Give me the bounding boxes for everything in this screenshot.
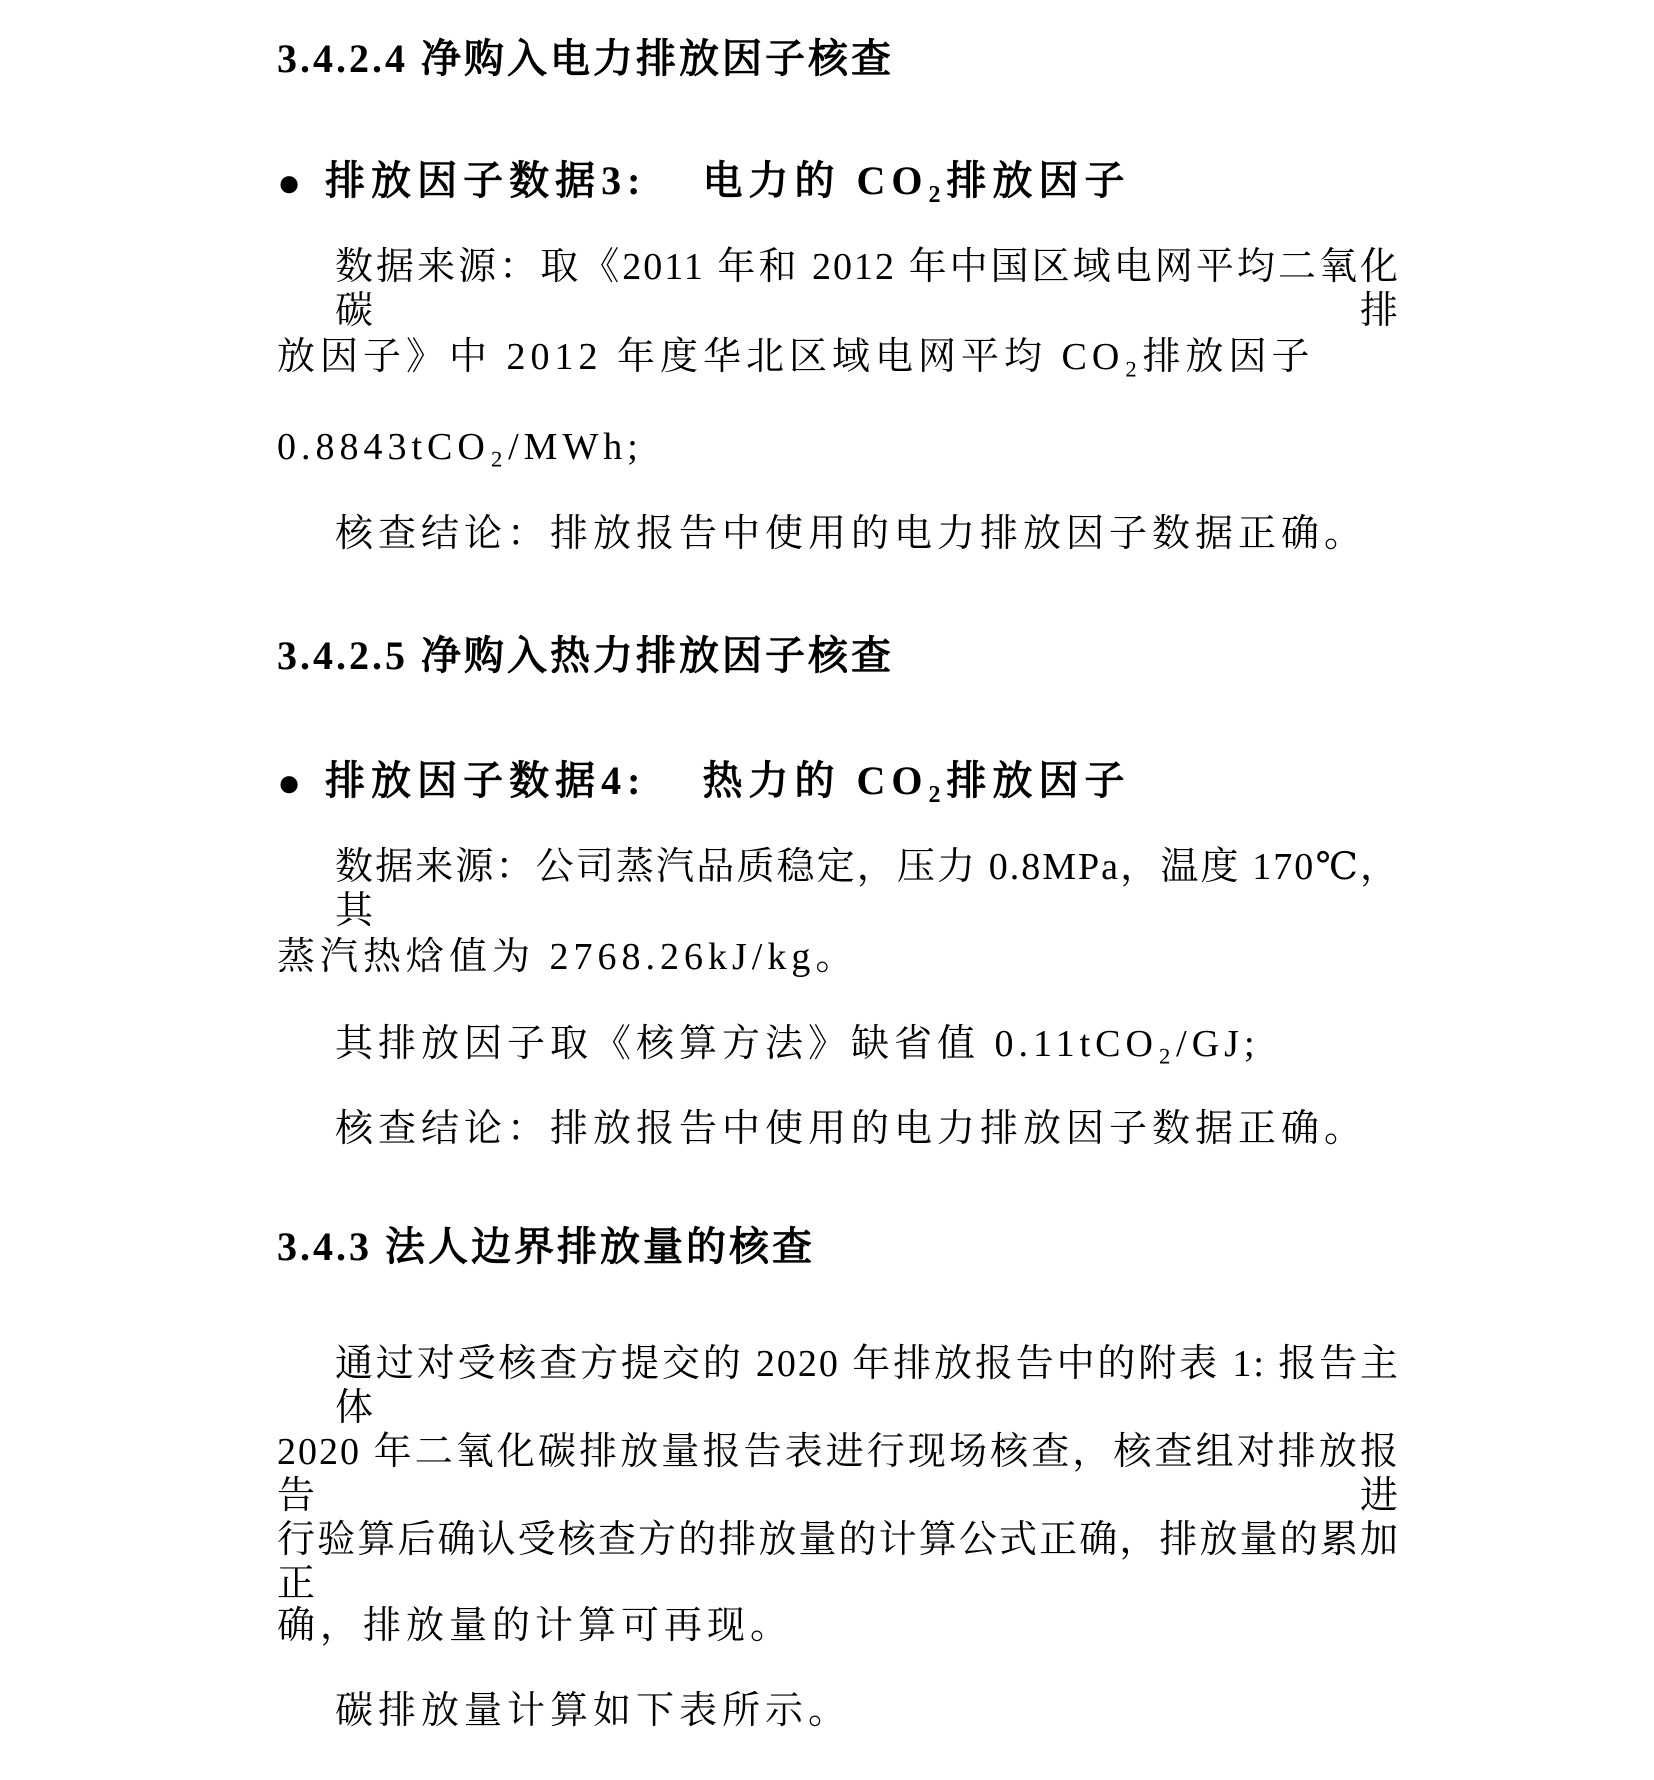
bullet-label: 排放因子数据4: xyxy=(325,758,646,803)
bullet-title: 电力的 CO₂排放因子 xyxy=(703,158,1131,203)
paragraph-line: 行验算后确认受核查方的排放量的计算公式正确，排放量的累加正 xyxy=(277,1519,1400,1606)
paragraph-line: 蒸汽热焓值为 2768.26kJ/kg。 xyxy=(277,936,858,980)
bullet-label: 排放因子数据3: xyxy=(325,158,646,203)
paragraph-line: 数据来源：取《2011 年和 2012 年中国区域电网平均二氧化碳排 xyxy=(335,246,1400,333)
bullet-title: 热力的 CO₂排放因子 xyxy=(703,758,1131,803)
bullet-item-emission-factor-4: ●排放因子数据4:热力的 CO₂排放因子 xyxy=(277,758,1131,806)
paragraph-line-conclusion: 核查结论：排放报告中使用的电力排放因子数据正确。 xyxy=(335,1108,1367,1152)
paragraph-line: 其排放因子取《核算方法》缺省值 0.11tCO₂/GJ; xyxy=(335,1023,1260,1067)
document-page: 3.4.2.4 净购入电力排放因子核查 ●排放因子数据3:电力的 CO₂排放因子… xyxy=(0,0,1654,1780)
paragraph-line: 通过对受核查方提交的 2020 年排放报告中的附表 1: 报告主体 xyxy=(335,1343,1400,1430)
paragraph-line: 放因子》中 2012 年度华北区域电网平均 CO₂排放因子 xyxy=(277,336,1315,380)
paragraph-line: 0.8843tCO₂/MWh; xyxy=(277,426,643,470)
paragraph-line-table-note: 碳排放量计算如下表所示。 xyxy=(335,1690,851,1734)
section-heading-3-4-3: 3.4.3 法人边界排放量的核查 xyxy=(277,1224,815,1270)
bullet-icon: ● xyxy=(277,160,301,206)
section-heading-3-4-2-5: 3.4.2.5 净购入热力排放因子核查 xyxy=(277,633,894,679)
paragraph-line-conclusion: 核查结论：排放报告中使用的电力排放因子数据正确。 xyxy=(335,513,1367,557)
bullet-icon: ● xyxy=(277,760,301,806)
bullet-item-emission-factor-3: ●排放因子数据3:电力的 CO₂排放因子 xyxy=(277,158,1131,206)
paragraph-line: 确，排放量的计算可再现。 xyxy=(277,1605,793,1649)
paragraph-line: 数据来源：公司蒸汽品质稳定，压力 0.8MPa，温度 170℃，其 xyxy=(335,846,1400,933)
paragraph-line: 2020 年二氧化碳排放量报告表进行现场核查，核查组对排放报告进 xyxy=(277,1431,1400,1518)
section-heading-3-4-2-4: 3.4.2.4 净购入电力排放因子核查 xyxy=(277,36,894,82)
